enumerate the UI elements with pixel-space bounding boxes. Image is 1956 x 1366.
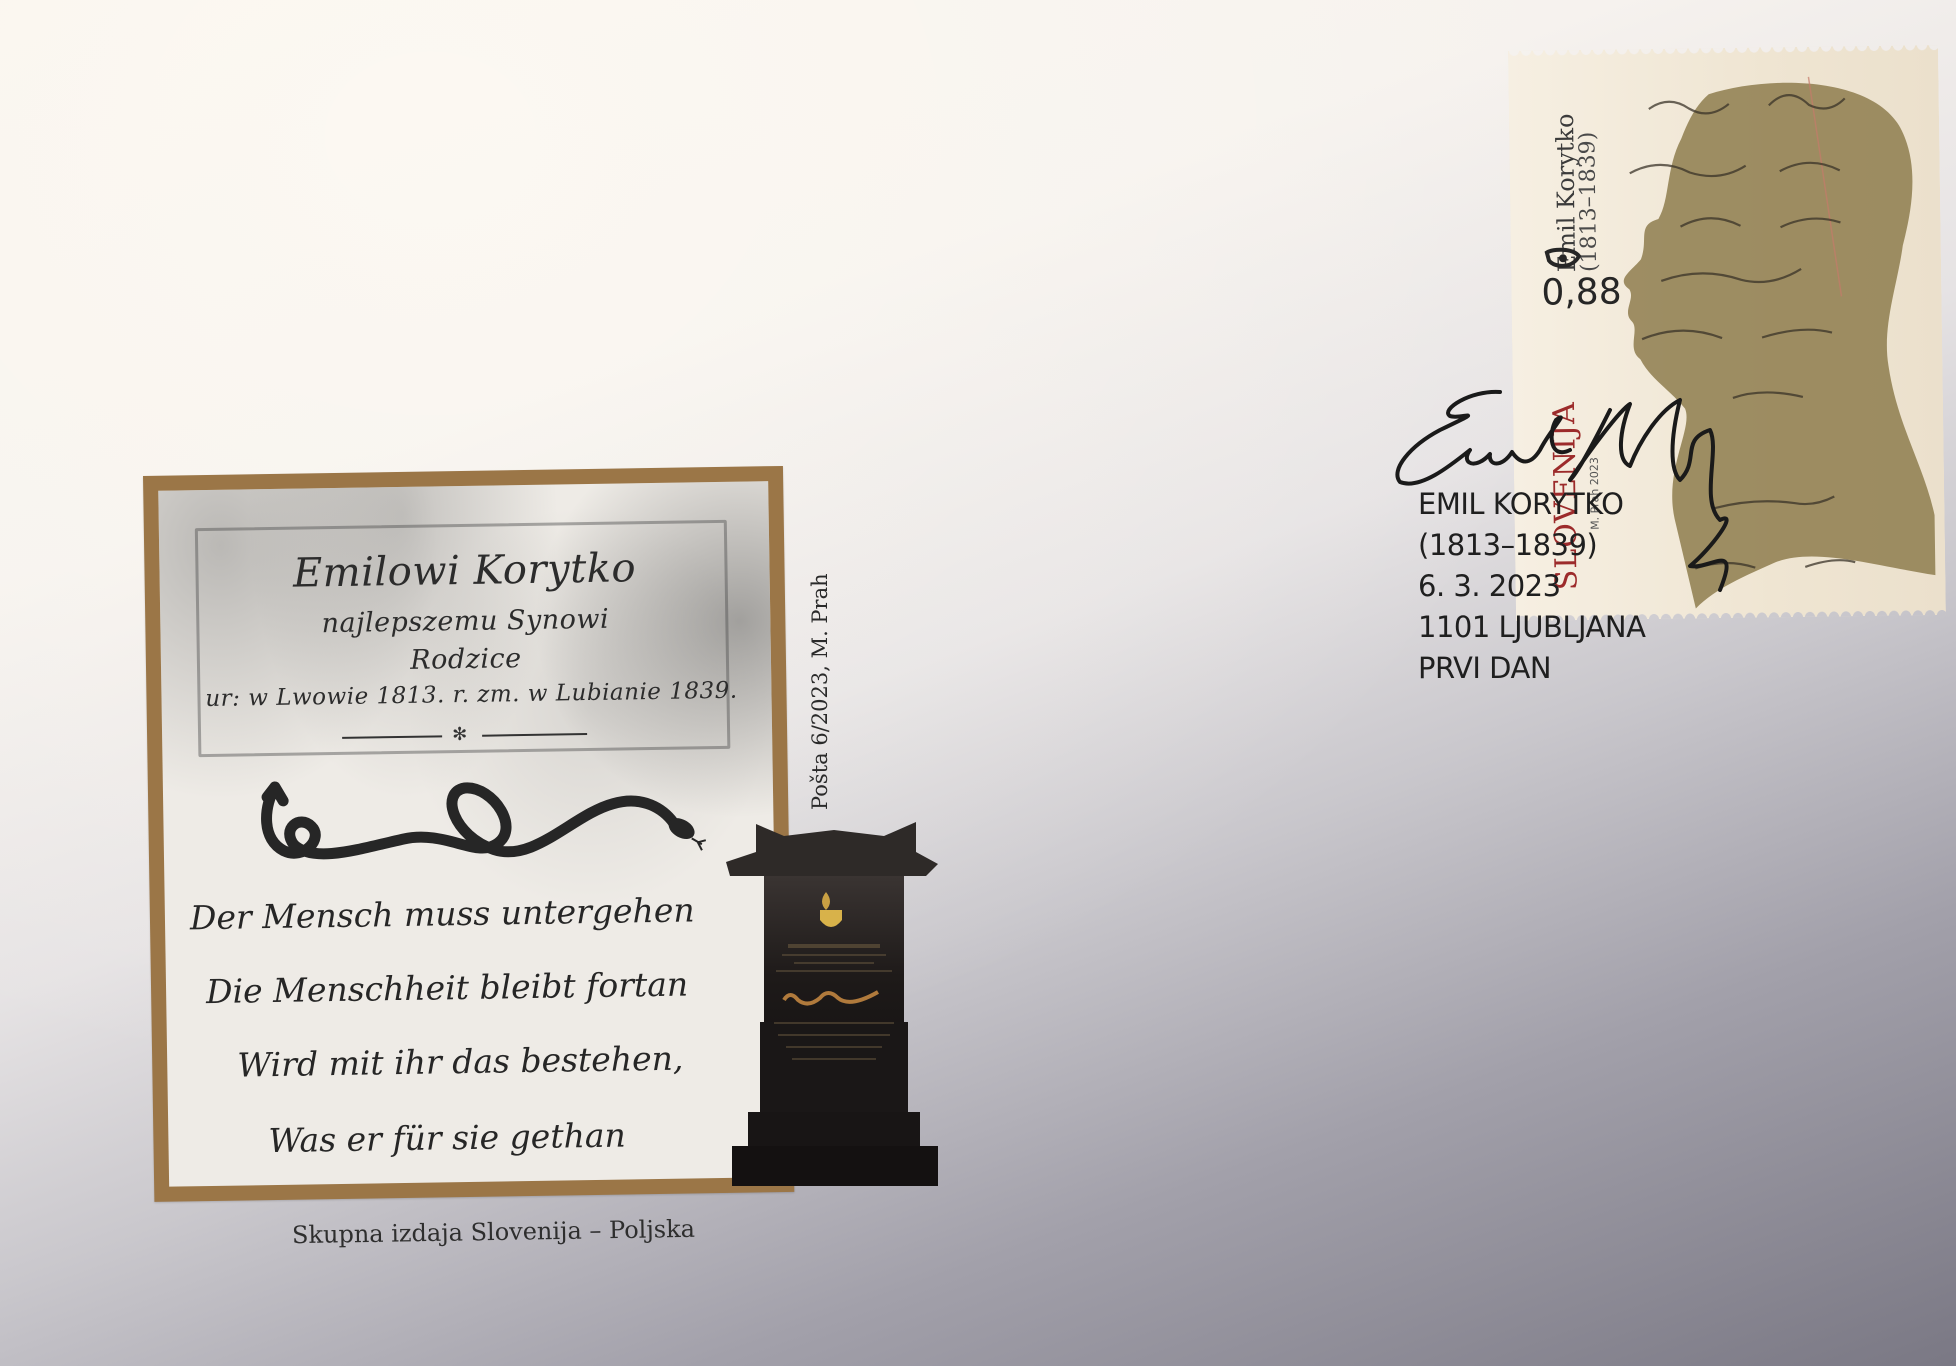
postmark-line-3: 6. 3. 2023	[1418, 566, 1645, 607]
tombstone-image	[726, 822, 942, 1188]
poem-line-2: Die Menschheit bleibt fortan	[206, 963, 767, 1011]
joint-issue-caption: Skupna izdaja Slovenija – Poljska	[292, 1215, 695, 1249]
first-day-postmark: EMIL KORYTKO (1813–1839) 6. 3. 2023 1101…	[1418, 484, 1645, 689]
postmark-line-4: 1101 LJUBLJANA	[1418, 607, 1645, 648]
post-horn-icon	[1543, 246, 1583, 273]
postmark-line-1: EMIL KORYTKO	[1418, 484, 1645, 525]
postmark-line-5: PRVI DAN	[1418, 648, 1645, 689]
ornament-icon: ✻	[452, 724, 467, 745]
cachet-inscription-panel: Emilowi Korytko najlepszemu Synowi Rodzi…	[158, 481, 779, 1186]
postmark-line-2: (1813–1839)	[1418, 525, 1645, 566]
poem-line-4: Was er für sie gethan	[268, 1112, 779, 1160]
publisher-credit: Pošta 6/2023, M. Prah	[808, 573, 832, 810]
stamp-face-value: 0,88	[1541, 271, 1622, 313]
poem-line-3: Wird mit ihr das bestehen,	[237, 1037, 779, 1085]
plaque-line-1: Emilowi Korytko	[159, 543, 770, 599]
snake-icon	[253, 772, 725, 879]
cachet-card: Emilowi Korytko najlepszemu Synowi Rodzi…	[143, 466, 794, 1202]
poem-line-1: Der Mensch muss untergehen	[190, 890, 751, 938]
